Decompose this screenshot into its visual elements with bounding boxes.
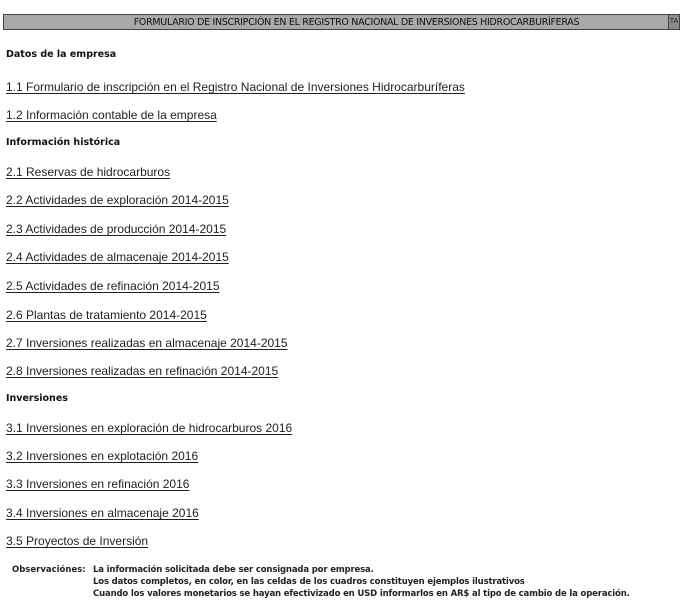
- link-3-2-inversiones-explotacion[interactable]: 3.2 Inversiones en explotación 2016: [6, 449, 198, 463]
- observation-line: La información solicitada debe ser consi…: [93, 565, 374, 575]
- form-title-bar: FORMULARIO DE INSCRIPCIÓN EN EL REGISTRO…: [3, 14, 680, 30]
- link-3-1-inversiones-exploracion[interactable]: 3.1 Inversiones en exploración de hidroc…: [6, 421, 292, 435]
- observations-label: Observaciónes:: [12, 565, 86, 575]
- link-3-3-inversiones-refinacion[interactable]: 3.3 Inversiones en refinación 2016: [6, 477, 189, 491]
- link-2-7-inversiones-almacenaje[interactable]: 2.7 Inversiones realizadas en almacenaje…: [6, 336, 288, 350]
- link-2-5-refinacion[interactable]: 2.5 Actividades de refinación 2014-2015: [6, 279, 220, 293]
- link-1-1-formulario-inscripcion[interactable]: 1.1 Formulario de inscripción en el Regi…: [6, 80, 465, 94]
- link-2-6-plantas-tratamiento[interactable]: 2.6 Plantas de tratamiento 2014-2015: [6, 308, 207, 322]
- link-2-3-produccion[interactable]: 2.3 Actividades de producción 2014-2015: [6, 222, 226, 236]
- link-3-4-inversiones-almacenaje[interactable]: 3.4 Inversiones en almacenaje 2016: [6, 506, 199, 520]
- section-heading-informacion-historica: Información histórica: [6, 137, 120, 148]
- form-title: FORMULARIO DE INSCRIPCIÓN EN EL REGISTRO…: [134, 17, 579, 28]
- observation-line: Los datos completos, en color, en las ce…: [93, 577, 525, 587]
- corner-mark: TA: [668, 14, 680, 30]
- section-heading-inversiones: Inversiones: [6, 393, 68, 404]
- link-2-8-inversiones-refinacion[interactable]: 2.8 Inversiones realizadas en refinación…: [6, 364, 278, 378]
- link-1-2-informacion-contable[interactable]: 1.2 Información contable de la empresa: [6, 108, 217, 122]
- link-2-4-almacenaje[interactable]: 2.4 Actividades de almacenaje 2014-2015: [6, 250, 229, 264]
- link-2-2-exploracion[interactable]: 2.2 Actividades de exploración 2014-2015: [6, 193, 229, 207]
- link-3-5-proyectos-inversion[interactable]: 3.5 Proyectos de Inversión: [6, 534, 148, 548]
- observation-line: Cuando los valores monetarios se hayan e…: [93, 589, 630, 599]
- section-heading-datos-empresa: Datos de la empresa: [6, 49, 116, 60]
- link-2-1-reservas[interactable]: 2.1 Reservas de hidrocarburos: [6, 165, 170, 179]
